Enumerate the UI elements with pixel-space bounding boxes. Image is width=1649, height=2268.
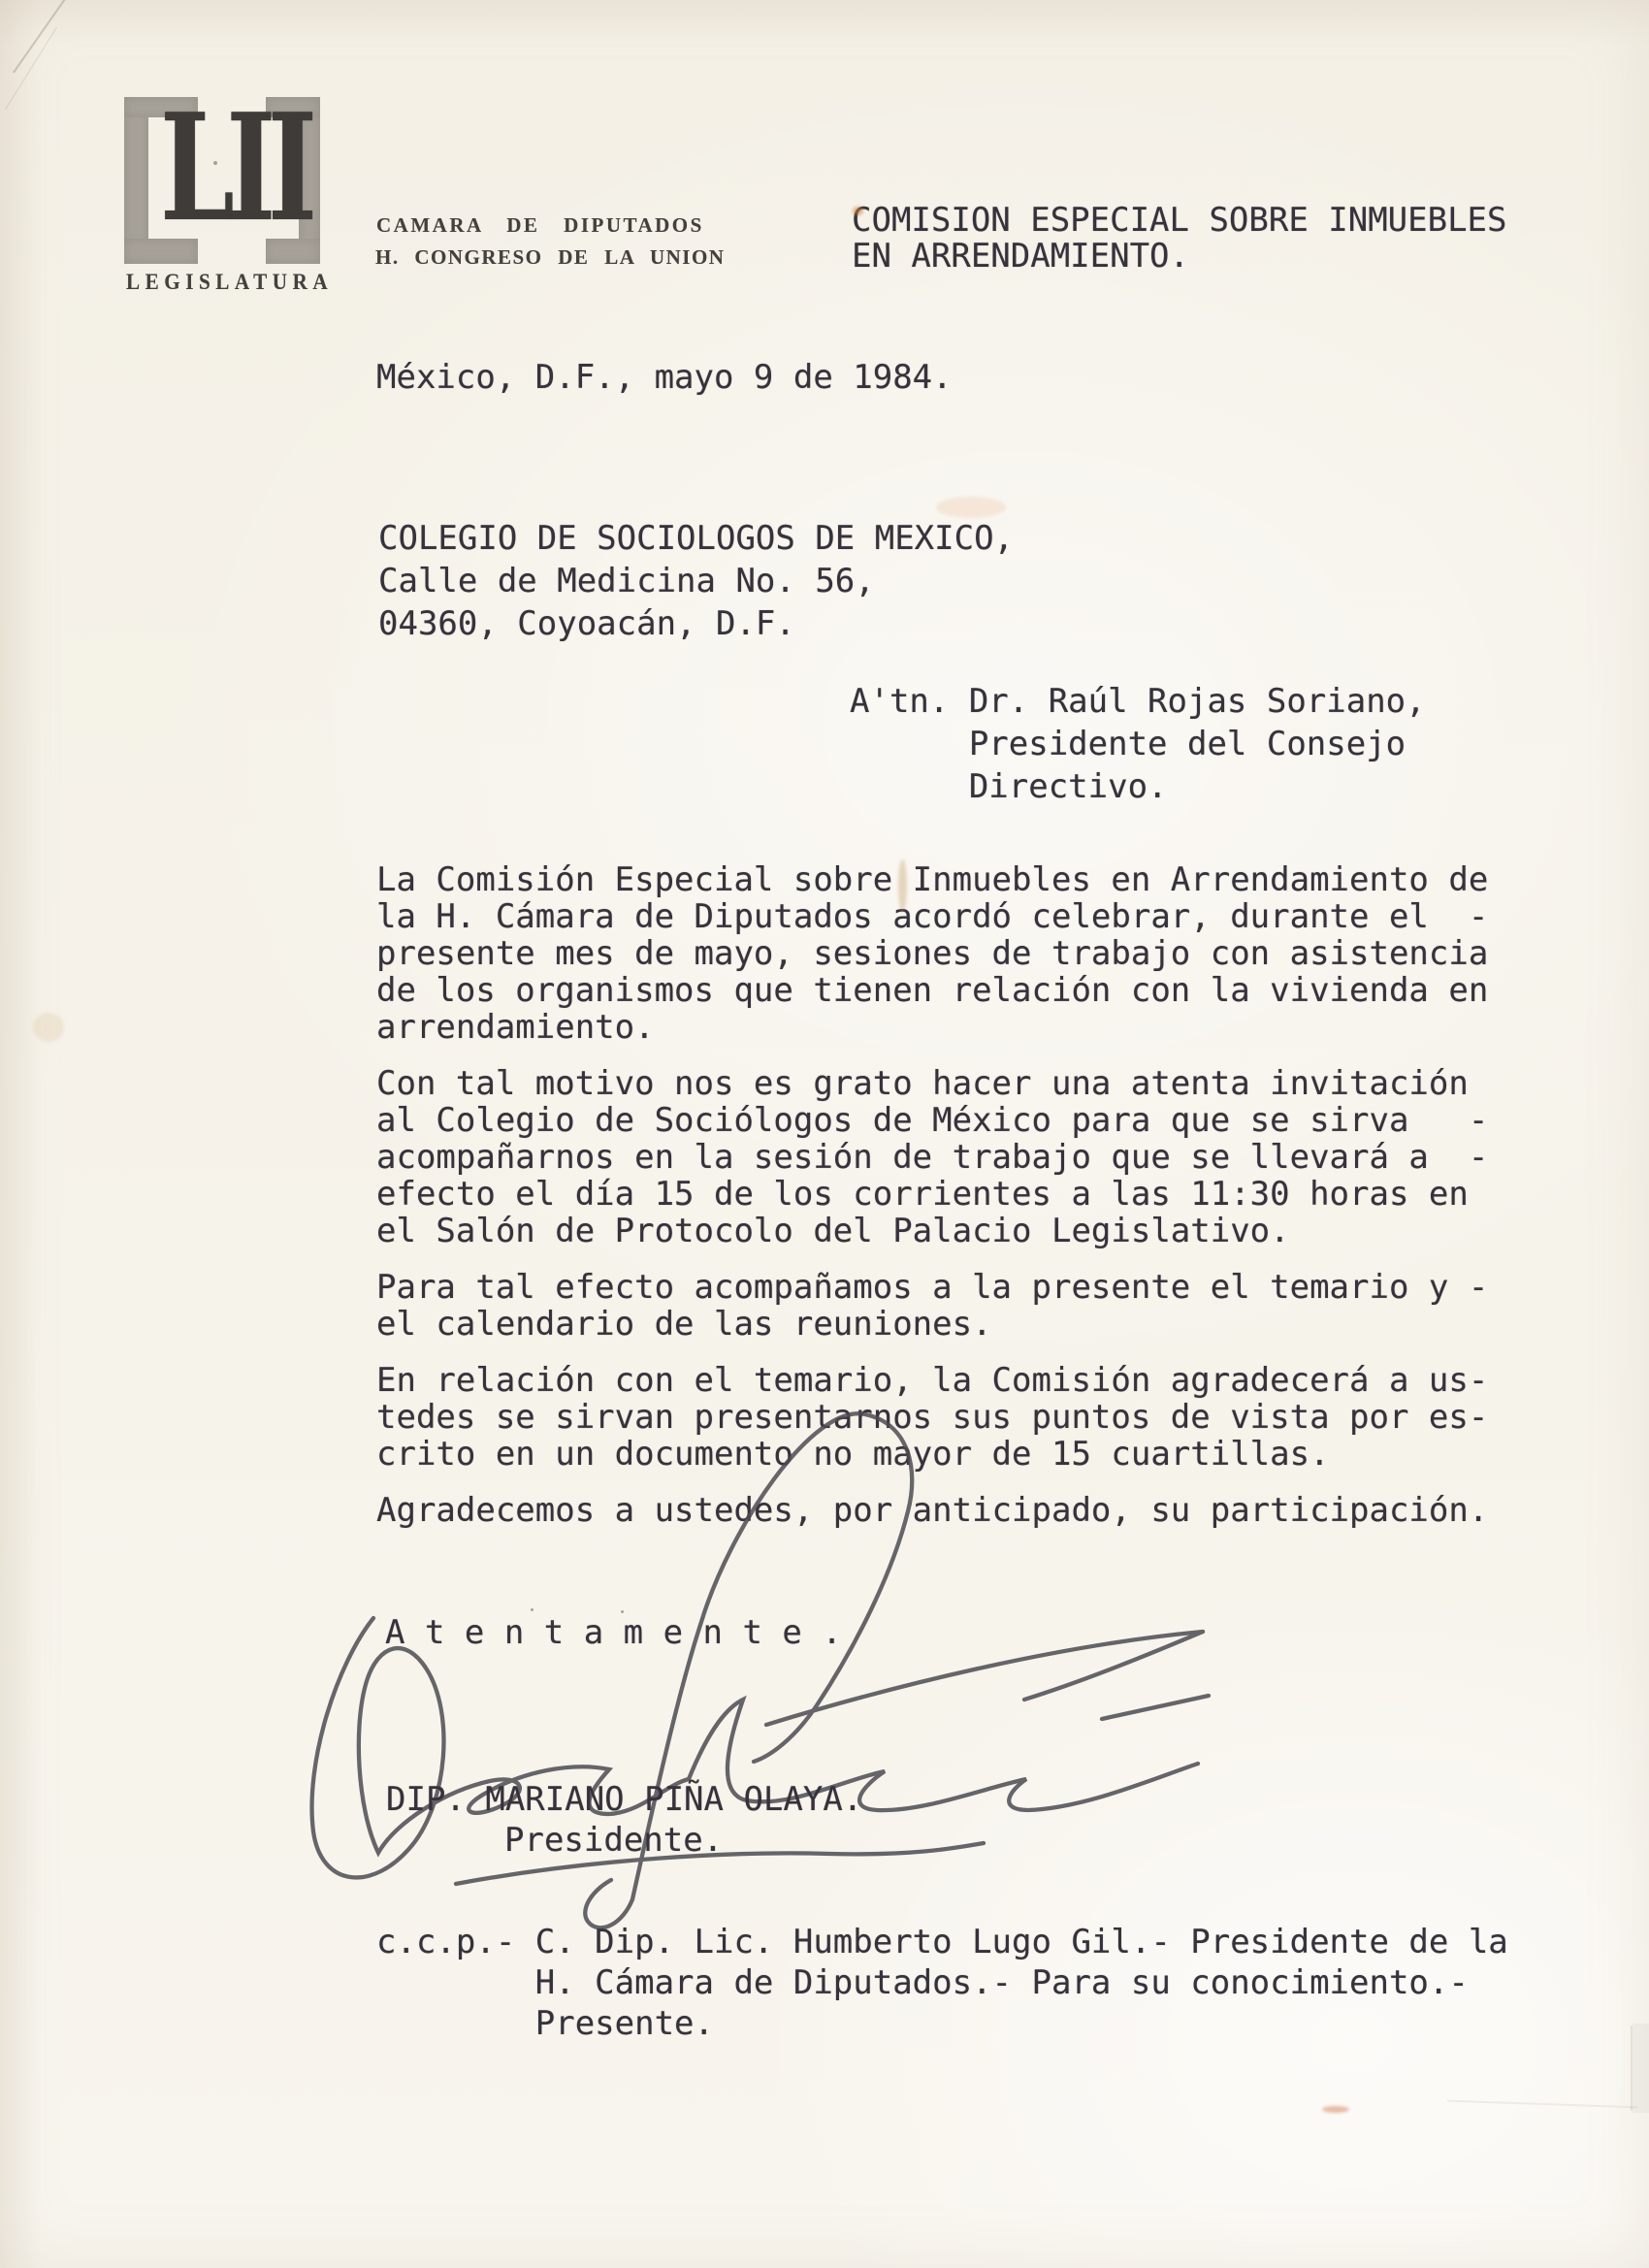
body-paragraph-2: Con tal motivo nos es grato hacer una at… [376, 1065, 1488, 1249]
scanned-letter-page: LII LEGISLATURA CAMARA DE DIPUTADOS H. C… [0, 0, 1649, 2268]
signer-title: Presidente. [504, 1822, 723, 1859]
logo-caption: LEGISLATURA [126, 271, 333, 293]
signature-autograph [281, 1395, 1212, 1938]
logo-roman-numeral: LII [160, 94, 308, 242]
crease-line [13, 0, 77, 73]
corner-shade [1633, 2024, 1649, 2113]
crease-line [1447, 2100, 1637, 2109]
org-name-line1: CAMARA DE DIPUTADOS [376, 215, 704, 236]
attention-block: A'tn. Dr. Raúl Rojas Soriano, Presidente… [850, 680, 1426, 808]
recipient-address: COLEGIO DE SOCIOLOGOS DE MEXICO, Calle d… [378, 517, 1014, 645]
date-line: México, D.F., mayo 9 de 1984. [376, 359, 953, 396]
org-name-line2: H. CONGRESO DE LA UNION [375, 247, 725, 268]
dust-speck [531, 1608, 533, 1611]
dust-speck [621, 1610, 624, 1613]
lii-legislature-logo: LII [124, 97, 320, 264]
paper-stain [898, 859, 907, 912]
crease-line [5, 27, 57, 110]
paper-stain [853, 207, 863, 215]
dust-speck [708, 1085, 711, 1087]
paper-stain [33, 1013, 64, 1042]
body-paragraph-3: Para tal efecto acompañamos a la present… [376, 1269, 1488, 1343]
cc-note: c.c.p.- C. Dip. Lic. Humberto Lugo Gil.-… [376, 1922, 1508, 2044]
signer-name: DIP. MARIANO PIÑA OLAYA. [386, 1781, 862, 1818]
paper-stain [1322, 2106, 1349, 2113]
commission-title: COMISION ESPECIAL SOBRE INMUEBLES EN ARR… [852, 203, 1507, 275]
paper-stain [936, 497, 1006, 518]
body-paragraph-1: La Comisión Especial sobre Inmuebles en … [376, 861, 1488, 1046]
dust-speck [213, 161, 217, 165]
